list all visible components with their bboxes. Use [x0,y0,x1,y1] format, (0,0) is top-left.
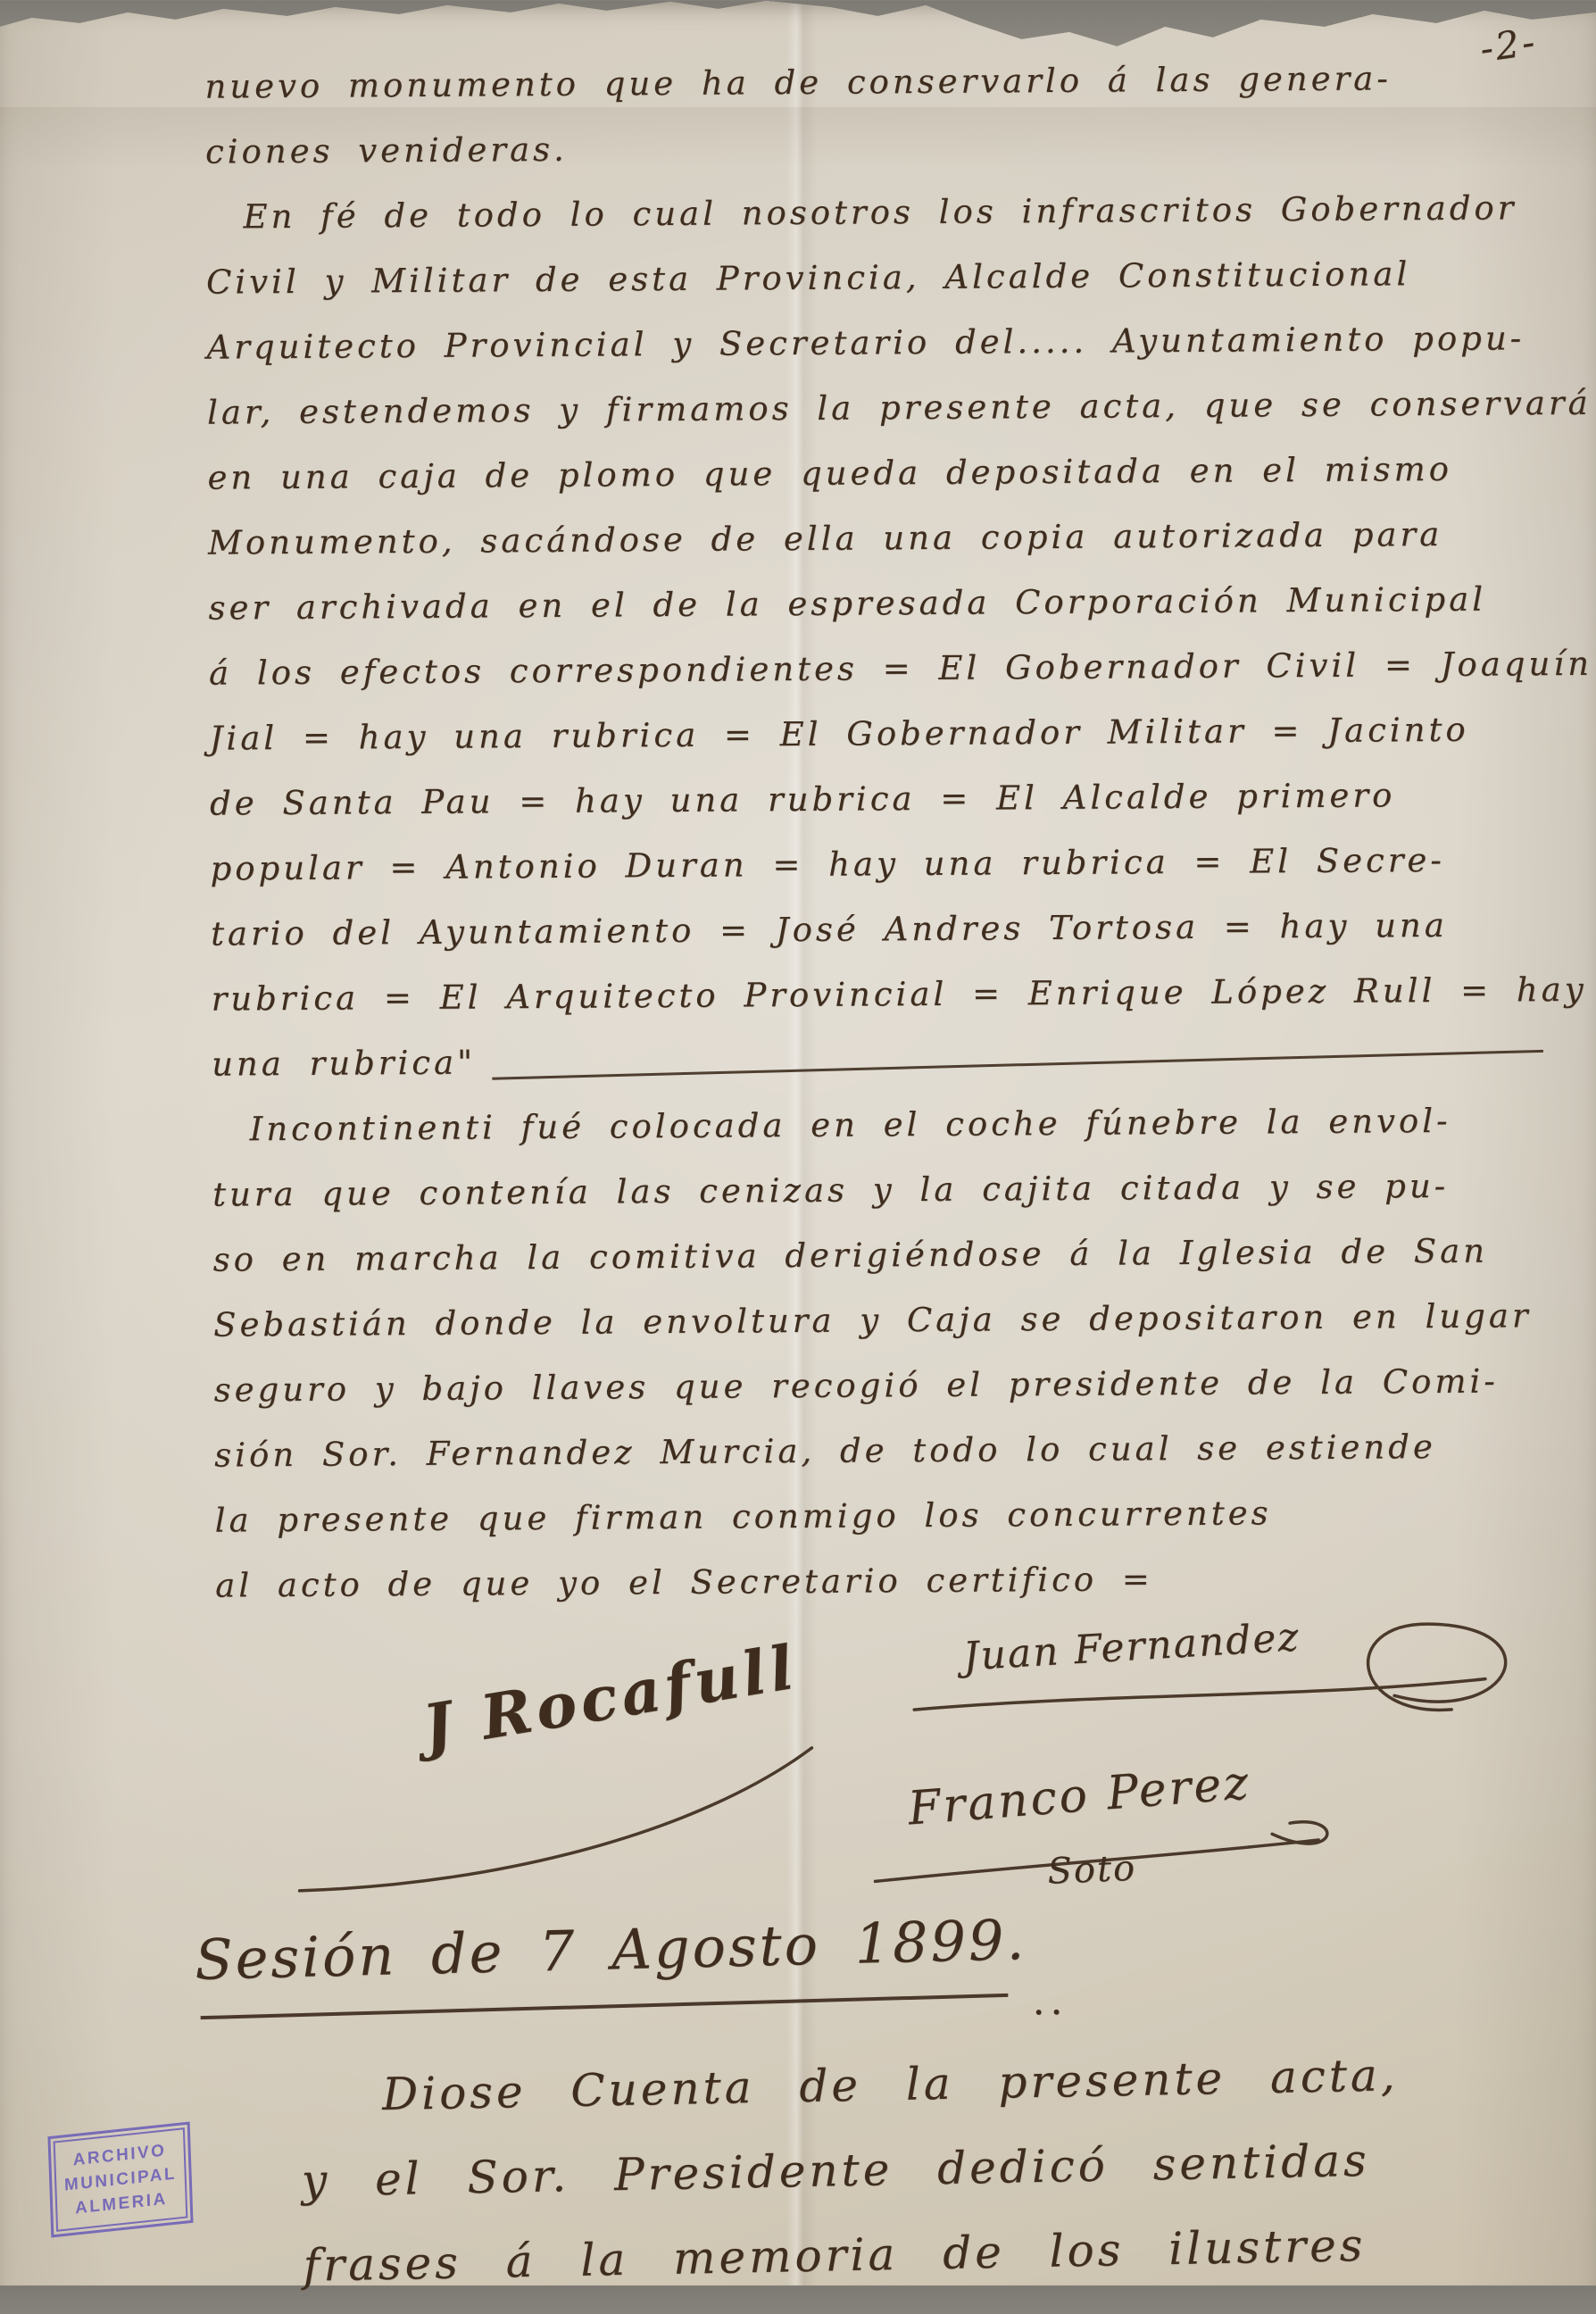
manuscript-line: la presente que firman conmigo los concu… [214,1478,1585,1553]
manuscript-line: Sebastián donde la envoltura y Caja se d… [213,1283,1584,1358]
signature-soto-rubric: Soto [1047,1848,1137,1893]
manuscript-content: nuevo monumento que ha de conservarlo á … [0,45,1596,2285]
manuscript-line-closing: una rubrica" [212,1022,1583,1097]
manuscript-line: sión Sor. Fernandez Murcia, de todo lo c… [214,1413,1585,1488]
manuscript-line: seguro y bajo llaves que recogió el pres… [213,1348,1584,1423]
manuscript-line: ciones venideras. [205,110,1576,185]
manuscript-line: Civil y Militar de esta Provincia, Alcal… [206,240,1577,315]
manuscript-line: tura que contenía las cenizas y la cajit… [212,1153,1584,1228]
manuscript-line: lar, estendemos y firmamos la presente a… [207,370,1578,445]
manuscript-line: Arquitecto Provincial y Secretario del..… [206,305,1577,380]
manuscript-line: en una caja de plomo que queda depositad… [207,436,1578,511]
archive-stamp: ARCHIVO MUNICIPAL ALMERIA [47,2122,193,2238]
closing-text: una rubrica" [212,1030,477,1097]
manuscript-line: á los efectos correspondientes = El Gobe… [209,631,1580,706]
session-underline [201,1994,1009,2019]
manuscript-line: Monumento, sacándose de ella una copia a… [208,501,1579,576]
signature-block: Juan Fernandez J Rocafull Franco Perez S… [3,1609,1596,1921]
manuscript-line: so en marcha la comitiva derigiéndose á … [212,1218,1584,1293]
manuscript-line: al acto de que yo el Secretario certific… [215,1544,1586,1619]
paragraph-acta: En fé de todo lo cual nosotros los infra… [0,175,1595,1098]
manuscript-line: En fé de todo lo cual nosotros los infra… [205,175,1576,250]
session-title: Sesión de 7 Agosto 1899. [194,1907,1027,1993]
signature-flourish [3,1609,1596,1921]
manuscript-line: de Santa Pau = hay una rubrica = El Alca… [210,762,1581,837]
manuscript-line: popular = Antonio Duran = hay una rubric… [210,827,1581,902]
manuscript-line: ser archivada en el de la espresada Corp… [208,566,1579,641]
paragraph-incontinenti: Incontinenti fué colocada en el coche fú… [0,1087,1596,1619]
manuscript-line: nuevo monumento que ha de conservarlo á … [204,45,1575,120]
paragraph-session: Diose Cuenta de la presente acta, y el S… [4,2029,1596,2285]
session-heading: Sesión de 7 Agosto 1899. .. [5,1910,1596,2035]
session-dots: .. [1032,1978,1068,2024]
manuscript-line: tario del Ayuntamiento = José Andres Tor… [211,892,1582,967]
manuscript-line: Jial = hay una rubrica = El Gobernador M… [209,696,1580,771]
paragraph-continuation: nuevo monumento que ha de conservarlo á … [0,45,1589,186]
closing-rule-line [492,1050,1543,1080]
manuscript-line: Incontinenti fué colocada en el coche fú… [212,1087,1583,1162]
manuscript-line: rubrica = El Arquitecto Provincial = Enr… [211,957,1582,1032]
archive-stamp-inner-border: ARCHIVO MUNICIPAL ALMERIA [54,2127,188,2232]
